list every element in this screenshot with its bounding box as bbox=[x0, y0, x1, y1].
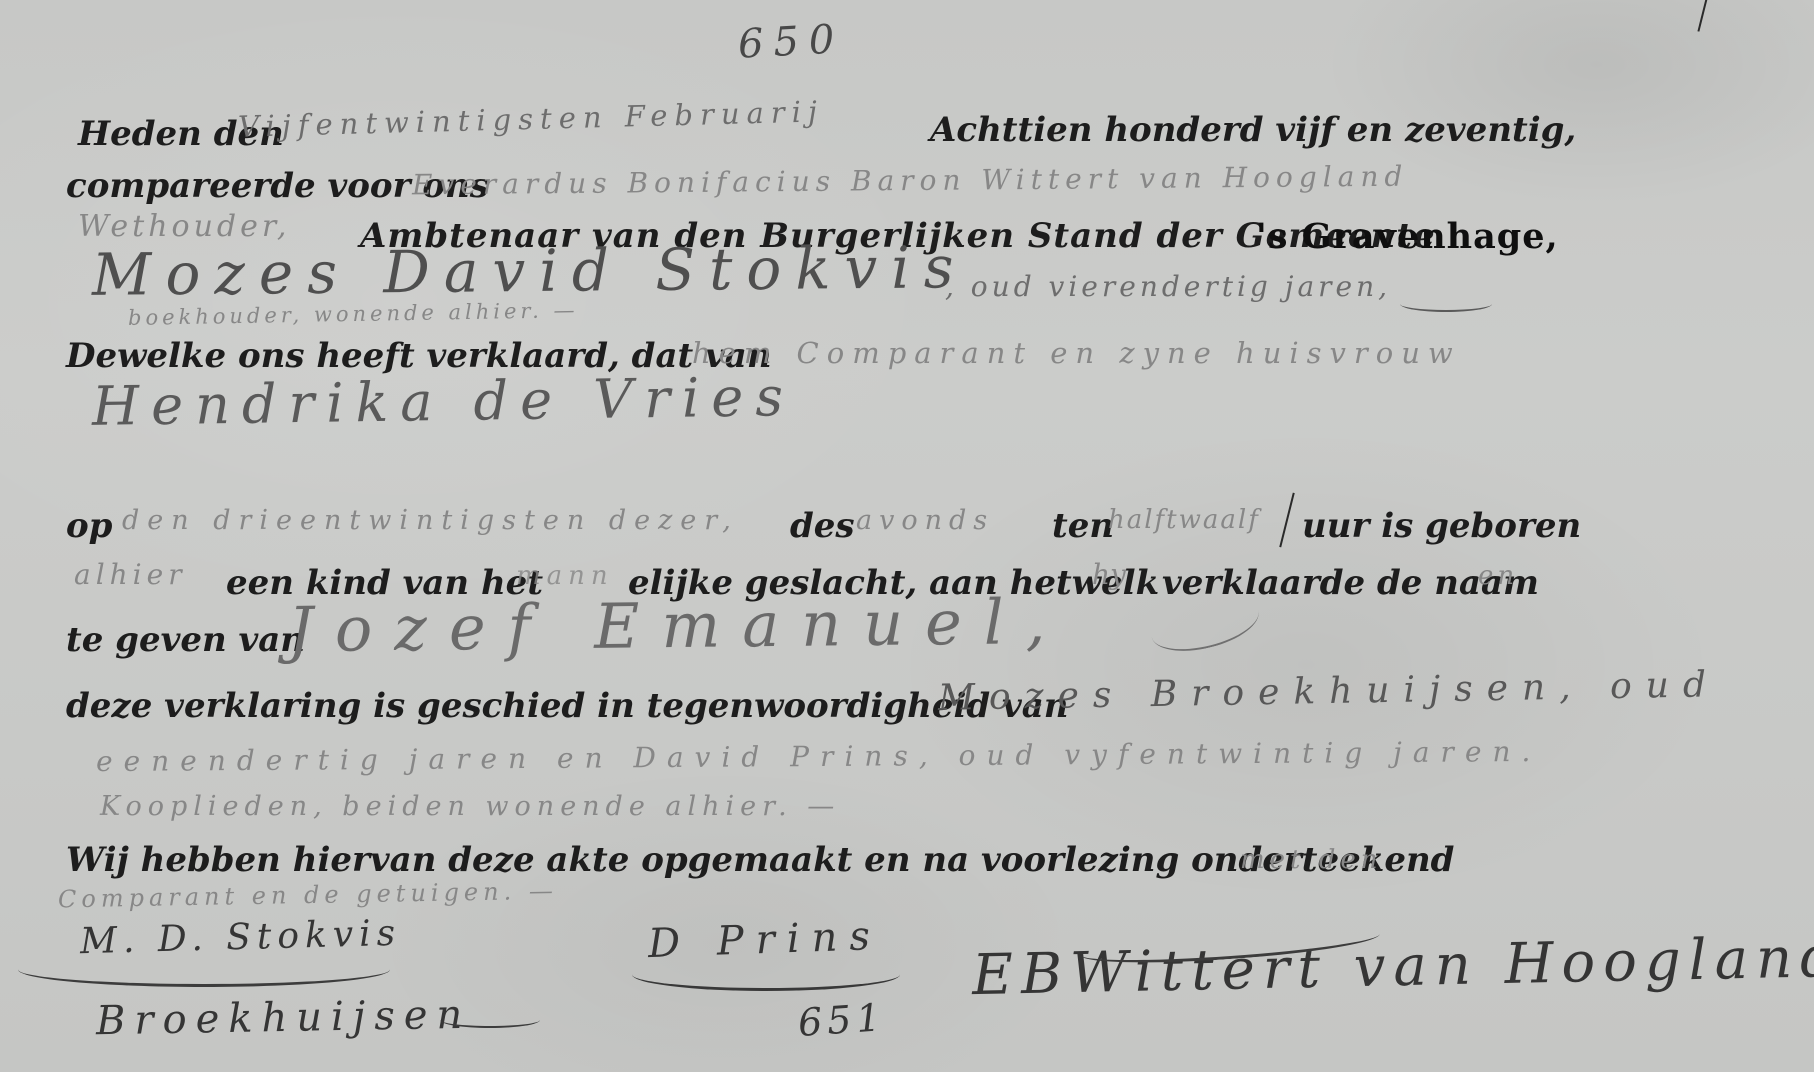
handwritten-declarant-age: , oud vierendertig jaren, bbox=[945, 272, 1391, 303]
act-number: 650 bbox=[737, 17, 846, 67]
handwritten-date: Vijfentwintigsten Februarij bbox=[238, 96, 825, 143]
handwritten-official-name: Everardus Bonifacius Baron Wittert van H… bbox=[412, 162, 1409, 201]
handwritten-hy: hy bbox=[1092, 560, 1126, 591]
signature-declarant-flourish bbox=[18, 952, 390, 987]
printed-uur-is-geboren: uur is geboren bbox=[1302, 508, 1581, 545]
age-underline-flourish bbox=[1400, 296, 1492, 312]
printed-verklaring: deze verklaring is geschied in tegenwoor… bbox=[66, 688, 1069, 725]
handwritten-naam-suffix: en bbox=[1478, 562, 1518, 591]
handwritten-met-den: met den bbox=[1240, 846, 1383, 875]
handwritten-comparant-getuigen: Comparant en de getuigen. — bbox=[58, 878, 558, 913]
handwritten-alhier: alhier bbox=[74, 560, 187, 591]
birth-record-scan: 650 Heden den Vijfentwintigsten Februari… bbox=[0, 0, 1814, 1072]
printed-ten: ten bbox=[1052, 508, 1114, 545]
handwritten-child-name: Jozef Emanuel, bbox=[288, 588, 1068, 664]
printed-te-geven-van: te geven van bbox=[66, 622, 305, 659]
handwritten-wethouder: Wethouder, bbox=[78, 210, 290, 243]
printed-des: des bbox=[790, 508, 855, 545]
handwritten-mother-name: Hendrika de Vries bbox=[92, 367, 796, 436]
signature-official: EBWittert van Hoogland bbox=[971, 927, 1814, 1007]
corner-pen-mark bbox=[1697, 0, 1708, 32]
handwritten-comparant-phrase: hem Comparant en zyne huisvrouw bbox=[692, 338, 1461, 370]
printed-gemeente-name: 's Gravenhage, bbox=[1256, 218, 1559, 257]
handwritten-birth-day: den drieentwintigsten dezer, bbox=[122, 506, 739, 536]
signature-witness2-flourish bbox=[632, 958, 900, 991]
handwritten-declarant-name: Mozes David Stokvis bbox=[92, 236, 968, 307]
handwritten-witnesses-residence: Kooplieden, beiden wonende alhier. — bbox=[100, 792, 840, 822]
handwritten-witness2: eenendertig jaren en David Prins, oud vy… bbox=[96, 737, 1542, 778]
printed-year: Achttien honderd vijf en zeventig, bbox=[930, 112, 1576, 149]
handwritten-avonds: avonds bbox=[856, 506, 994, 536]
margin-act-number: 651 bbox=[797, 997, 887, 1045]
handwritten-birth-time: halftwaalf bbox=[1108, 506, 1260, 535]
handwritten-sex: mann bbox=[516, 562, 614, 591]
time-separator-stroke bbox=[1279, 493, 1294, 548]
handwritten-witness1: Mozes Broekhuijsen, oud bbox=[938, 665, 1721, 718]
signature-witness1: Broekhuijsen bbox=[96, 993, 472, 1044]
printed-op: op bbox=[66, 508, 112, 545]
signature-witness1-flourish bbox=[440, 1012, 540, 1028]
